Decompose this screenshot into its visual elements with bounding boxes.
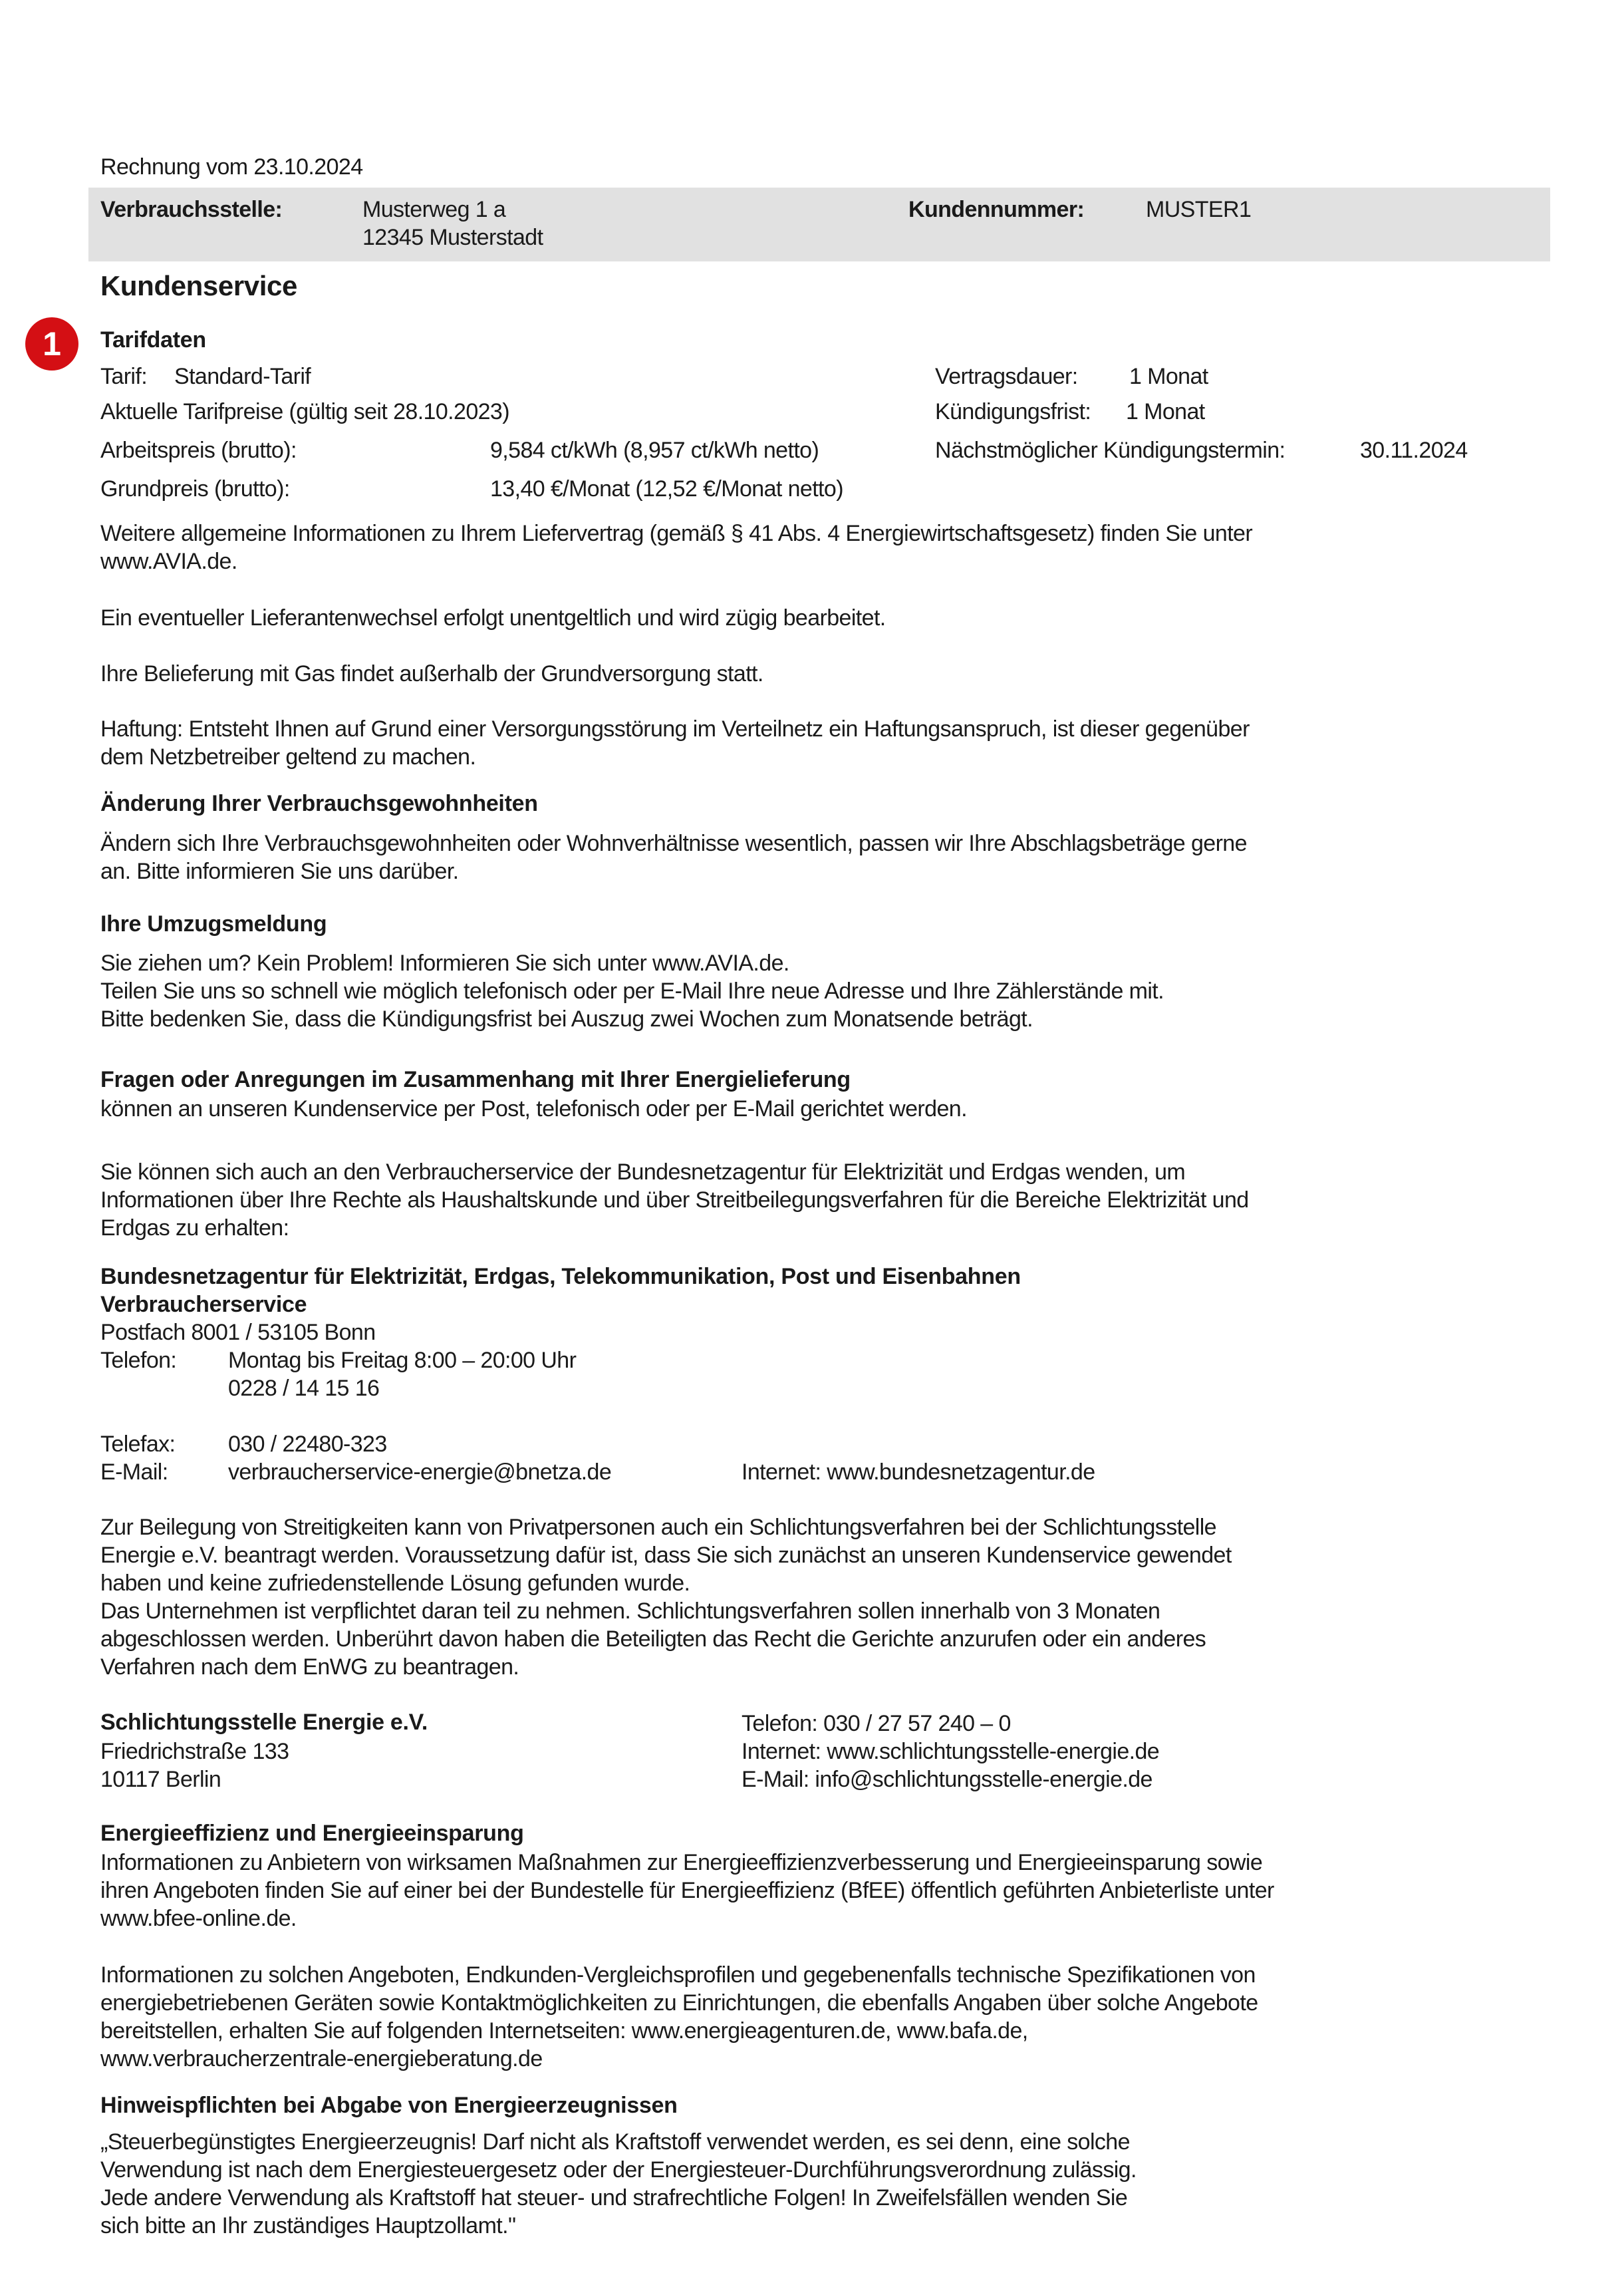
grundpreis-value: 13,40 €/Monat (12,52 €/Monat netto)	[490, 475, 843, 503]
supplier-change-paragraph: Ein eventueller Lieferantenwechsel erfol…	[100, 604, 886, 632]
bnetza-telefax-value: 030 / 22480-323	[228, 1430, 387, 1458]
grundpreis-label: Grundpreis (brutto):	[100, 475, 290, 503]
header-band	[88, 188, 1550, 261]
bnetza-telefon-hours: Montag bis Freitag 8:00 – 20:00 Uhr	[228, 1346, 576, 1374]
arbeitspreis-value: 9,584 ct/kWh (8,957 ct/kWh netto)	[490, 436, 819, 464]
bnetza-telefax-label: Telefax:	[100, 1430, 175, 1458]
tarif-label: Tarif:	[100, 363, 147, 390]
verbraucherservice-text: Sie können sich auch an den Verbrauchers…	[100, 1158, 1249, 1242]
schlichtungsstelle-name: Schlichtungsstelle Energie e.V.	[100, 1710, 428, 1736]
customer-number-label: Kundennummer:	[908, 196, 1084, 224]
kuendigungstermin-label: Nächstmöglicher Kündigungstermin:	[935, 436, 1285, 464]
schlichtungsstelle-city: 10117 Berlin	[100, 1765, 221, 1793]
annotation-badge: 1	[25, 317, 78, 371]
customer-number: MUSTER1	[1146, 196, 1251, 224]
address-line-1: Musterweg 1 a	[362, 196, 505, 224]
aenderung-text: Ändern sich Ihre Verbrauchsgewohnheiten …	[100, 830, 1247, 885]
liability-paragraph: Haftung: Entsteht Ihnen auf Grund einer …	[100, 715, 1250, 771]
bnetza-telefon-number: 0228 / 14 15 16	[228, 1374, 379, 1402]
umzug-heading: Ihre Umzugsmeldung	[100, 911, 327, 937]
kuendigungsfrist-value: 1 Monat	[1126, 398, 1205, 426]
bnetza-telefon-label: Telefon:	[100, 1346, 176, 1374]
vertragsdauer-label: Vertragsdauer:	[935, 363, 1078, 390]
bnetza-name: Bundesnetzagentur für Elektrizität, Erdg…	[100, 1264, 1021, 1290]
fragen-heading: Fragen oder Anregungen im Zusammenhang m…	[100, 1067, 851, 1093]
bnetza-internet-link[interactable]: Internet: www.bundesnetzagentur.de	[742, 1458, 1095, 1486]
schlichtungsstelle-telefon: Telefon: 030 / 27 57 240 – 0	[742, 1710, 1011, 1738]
umzug-text: Sie ziehen um? Kein Problem! Informieren…	[100, 949, 1164, 1033]
bnetza-email-link[interactable]: verbraucherservice-energie@bnetza.de	[228, 1458, 611, 1486]
bnetza-dept: Verbraucherservice	[100, 1292, 307, 1318]
aenderung-heading: Änderung Ihrer Verbrauchsgewohnheiten	[100, 791, 538, 817]
kuendigungstermin-value: 30.11.2024	[1360, 436, 1468, 464]
invoice-date-line: Rechnung vom 23.10.2024	[100, 153, 363, 181]
hinweis-heading: Hinweispflichten bei Abgabe von Energiee…	[100, 2093, 678, 2119]
hinweis-text: „Steuerbegünstigtes Energieerzeugnis! Da…	[100, 2128, 1137, 2240]
kuendigungsfrist-label: Kündigungsfrist:	[935, 398, 1091, 426]
vertragsdauer-value: 1 Monat	[1129, 363, 1208, 390]
address-line-2: 12345 Musterstadt	[362, 224, 543, 251]
info-paragraph: Weitere allgemeine Informationen zu Ihre…	[100, 520, 1252, 575]
schlichtungsstelle-street: Friedrichstraße 133	[100, 1738, 289, 1765]
bnetza-email-label: E-Mail:	[100, 1458, 168, 1486]
effizienz-heading: Energieeffizienz und Energieeinsparung	[100, 1821, 524, 1847]
tarif-heading: Tarifdaten	[100, 327, 206, 353]
supply-paragraph: Ihre Belieferung mit Gas findet außerhal…	[100, 660, 763, 688]
schlichtungsstelle-email-link[interactable]: E-Mail: info@schlichtungsstelle-energie.…	[742, 1765, 1152, 1793]
fragen-text: können an unseren Kundenservice per Post…	[100, 1095, 967, 1123]
prices-note: Aktuelle Tarifpreise (gültig seit 28.10.…	[100, 398, 509, 426]
effizienz-text-1: Informationen zu Anbietern von wirksamen…	[100, 1849, 1274, 1932]
bnetza-postfach: Postfach 8001 / 53105 Bonn	[100, 1318, 376, 1346]
effizienz-text-2: Informationen zu solchen Angeboten, Endk…	[100, 1961, 1258, 2073]
tarif-value: Standard-Tarif	[174, 363, 311, 390]
schlichtungsstelle-internet-link[interactable]: Internet: www.schlichtungsstelle-energie…	[742, 1738, 1159, 1765]
page-title: Kundenservice	[100, 270, 297, 302]
schlichtung-paragraph: Zur Beilegung von Streitigkeiten kann vo…	[100, 1513, 1232, 1681]
arbeitspreis-label: Arbeitspreis (brutto):	[100, 436, 297, 464]
consumption-point-label: Verbrauchsstelle:	[100, 196, 282, 224]
